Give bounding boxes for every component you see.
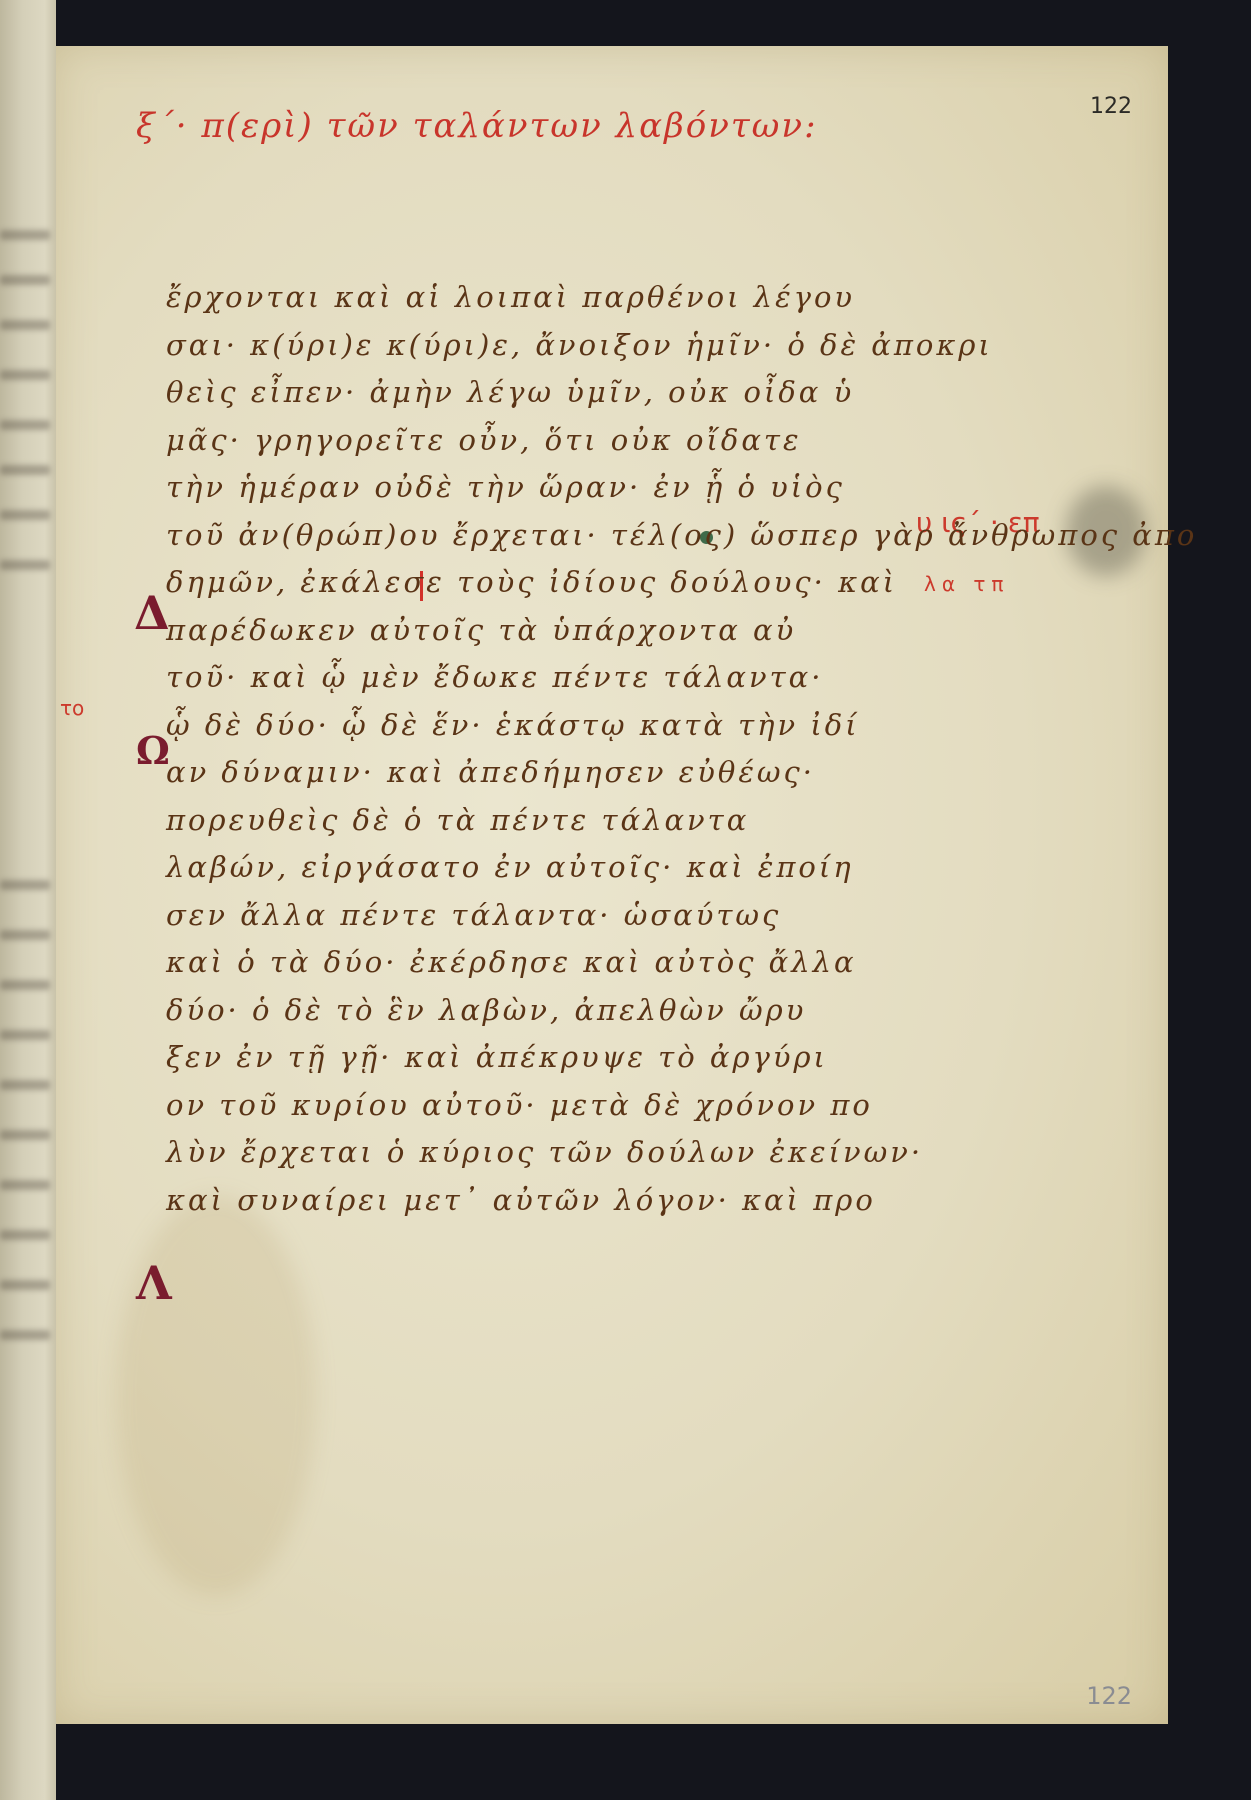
text-line: σεν ἄλλα πέντε τάλαντα· ὡσαύτως — [166, 892, 926, 940]
text-line: λὺν ἔρχεται ὁ κύριος τῶν δούλων ἐκείνων· — [166, 1129, 926, 1177]
text-line: τὴν ἡμέραν οὐδὲ τὴν ὥραν· ἐν ᾗ ὁ υἱὸς — [166, 464, 926, 512]
text-line: καὶ συναίρει μετ᾽ αὐτῶν λόγον· καὶ προ — [166, 1177, 926, 1225]
text-line: ἔρχονται καὶ αἱ λοιπαὶ παρθένοι λέγου — [166, 274, 926, 322]
margin-note-right-lower: λα τπ — [924, 572, 1009, 596]
text-line: τοῦ ἀν(θρώπ)ου ἔρχεται· τέλ(ος) ὥσπερ γὰ… — [166, 512, 926, 560]
initial-omega: Ω — [136, 728, 170, 773]
text-line: τοῦ· καὶ ᾧ μὲν ἔδωκε πέντε τάλαντα· — [166, 654, 926, 702]
manuscript-page: 122 122 ξ΄· π(ερὶ) τῶν ταλάντων λαβόντων… — [56, 46, 1168, 1724]
text-line: παρέδωκεν αὐτοῖς τὰ ὑπάρχοντα αὐ — [166, 607, 926, 655]
initial-delta: Δ — [134, 586, 170, 640]
text-line: μᾶς· γρηγορεῖτε οὖν, ὅτι οὐκ οἴδατε — [166, 417, 926, 465]
folio-number-top: 122 — [1090, 94, 1132, 119]
text-line: ον τοῦ κυρίου αὐτοῦ· μετὰ δὲ χρόνον πο — [166, 1082, 926, 1130]
text-line: θεὶς εἶπεν· ἀμὴν λέγω ὑμῖν, οὐκ οἶδα ὑ — [166, 369, 926, 417]
text-line: πορευθεὶς δὲ ὁ τὰ πέντε τάλαντα — [166, 797, 926, 845]
text-line: δύο· ὁ δὲ τὸ ἓν λαβὼν, ἀπελθὼν ὤρυ — [166, 987, 926, 1035]
text-line: δημῶν, ἐκάλεσε τοὺς ἰδίους δούλους· καὶ — [166, 559, 926, 607]
text-line: σαι· κ(ύρι)ε κ(ύρι)ε, ἄνοιξον ἡμῖν· ὁ δὲ… — [166, 322, 926, 370]
text-line: αν δύναμιν· καὶ ἀπεδήμησεν εὐθέως· — [166, 749, 926, 797]
text-line: ᾧ δὲ δύο· ᾧ δὲ ἕν· ἑκάστῳ κατὰ τὴν ἰδί — [166, 702, 926, 750]
facing-leaf-edge — [0, 0, 56, 1800]
text-block: ἔρχονται καὶ αἱ λοιπαὶ παρθένοι λέγου σα… — [166, 274, 926, 1224]
initial-lambda: Λ — [136, 1256, 172, 1310]
text-line: καὶ ὁ τὰ δύο· ἐκέρδησε καὶ αὐτὸς ἄλλα — [166, 939, 926, 987]
margin-note-left: το — [60, 696, 84, 720]
rubric-heading: ξ΄· π(ερὶ) τῶν ταλάντων λαβόντων: — [136, 106, 818, 146]
text-line: ξεν ἐν τῇ γῇ· καὶ ἀπέκρυψε τὸ ἀργύρι — [166, 1034, 926, 1082]
folio-number-bottom: 122 — [1086, 1682, 1132, 1710]
text-line: λαβών, εἰργάσατο ἐν αὐτοῖς· καὶ ἐποίη — [166, 844, 926, 892]
